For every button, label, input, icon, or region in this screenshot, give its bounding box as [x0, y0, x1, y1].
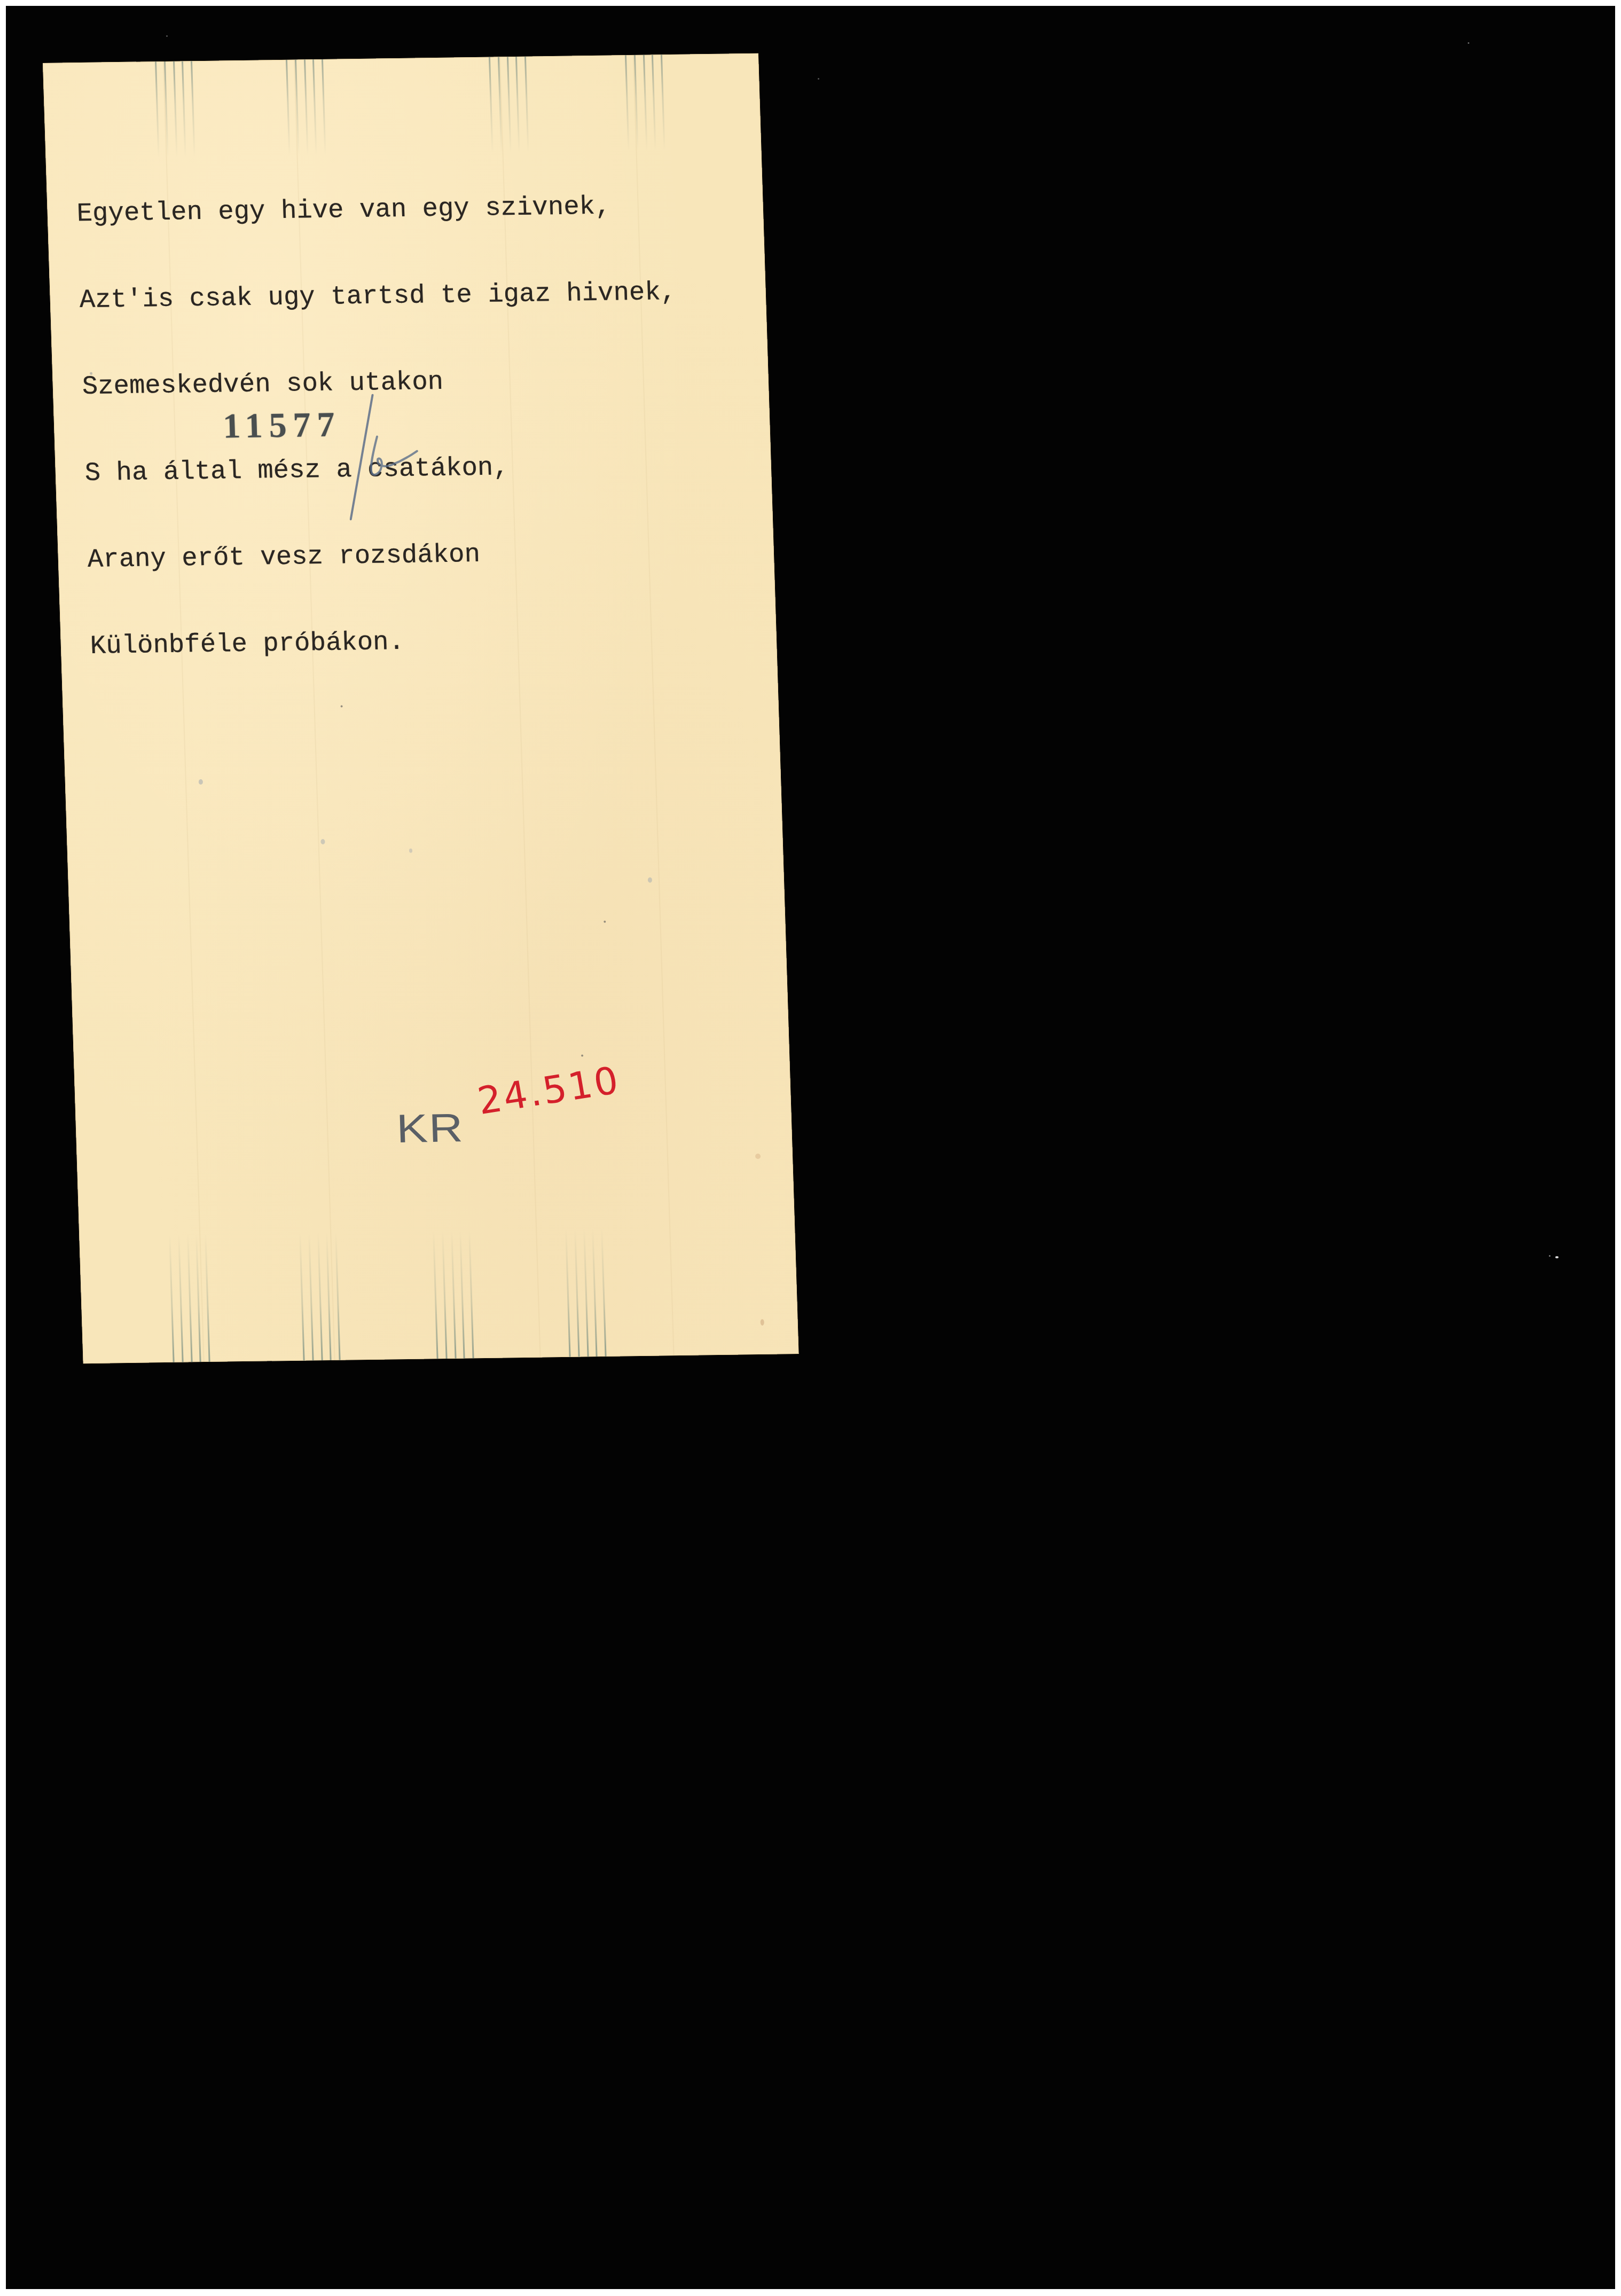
paper-fleck	[341, 705, 343, 707]
index-card: Egyetlen egy hive van egy szivnek, Azt'i…	[43, 53, 799, 1364]
handwritten-suffix-mark	[346, 392, 424, 521]
paper-fleck	[761, 1319, 764, 1326]
poem-line: Különbféle próbákon.	[90, 624, 687, 661]
paper-fleck	[409, 849, 412, 853]
dust-speck	[1468, 42, 1469, 44]
dust-speck	[1555, 1256, 1559, 1258]
paper-fleck	[581, 1054, 583, 1056]
archive-label: KR	[396, 1107, 465, 1149]
catalog-number-stamp: 11577	[222, 406, 342, 445]
paper-fleck	[320, 839, 325, 844]
poem-line: Egyetlen egy hive van egy szivnek,	[76, 191, 674, 228]
dust-speck	[818, 78, 819, 80]
paper-fleck	[90, 372, 92, 375]
rule-lines-bottom-4	[565, 1228, 606, 1357]
poem-line: Azt'is csak ugy tartsd te igaz hivnek,	[79, 278, 677, 315]
dust-speck	[166, 35, 168, 37]
paper-fleck	[604, 921, 606, 923]
rule-lines-bottom-3	[433, 1230, 474, 1359]
paper-fleck	[648, 877, 652, 883]
rule-lines-bottom-1	[169, 1234, 210, 1362]
paper-fleck	[199, 779, 203, 785]
dust-speck	[1549, 1255, 1550, 1257]
paper-fleck	[755, 1154, 761, 1159]
archive-number: 24.510	[474, 1059, 623, 1123]
poem-line: Arany erőt vesz rozsdákon	[87, 537, 685, 574]
